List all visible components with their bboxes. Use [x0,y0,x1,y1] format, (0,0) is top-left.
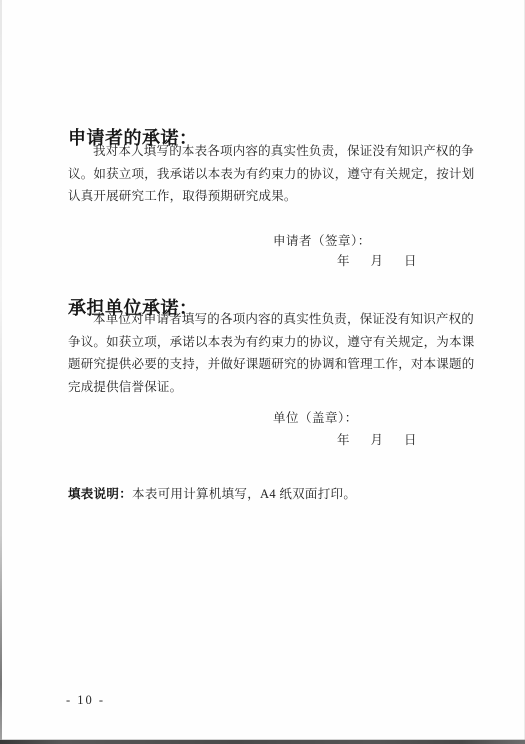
paragraph-line: 我对本人填写的本表各项内容的真实性负责，保证没有知识产权的争 [68,140,474,163]
unit-seal-label: 单位（盖章）： [273,408,358,426]
paragraph-line: 完成提供信誉保证。 [68,376,474,399]
day-label: 日 [404,430,417,448]
month-label: 月 [371,251,384,269]
paragraph-line: 议。如获立项，我承诺以本表为有约束力的协议，遵守有关规定，按计划 [68,163,474,186]
applicant-commitment-paragraph: 我对本人填写的本表各项内容的真实性负责，保证没有知识产权的争 议。如获立项，我承… [68,140,474,208]
applicant-date-line: 年 月 日 [337,251,417,269]
paragraph-line: 本单位对申请者填写的各项内容的真实性负责，保证没有知识产权的 [68,308,474,331]
unit-date-line: 年 月 日 [337,430,417,448]
paragraph-line: 争议。如获立项，承诺以本表为有约束力的协议，遵守有关规定，为本课 [68,331,474,354]
unit-commitment-paragraph: 本单位对申请者填写的各项内容的真实性负责，保证没有知识产权的 争议。如获立项，承… [68,308,474,398]
paragraph-line: 题研究提供必要的支持，并做好课题研究的协调和管理工作，对本课题的 [68,353,474,376]
year-label: 年 [337,430,350,448]
note-text: 本表可用计算机填写，A4 纸双面打印。 [132,487,356,501]
note-label: 填表说明： [68,487,132,501]
paragraph-line: 认真开展研究工作，取得预期研究成果。 [68,185,474,208]
scan-edge-left [0,0,2,744]
scan-edge-bottom [0,740,525,744]
year-label: 年 [337,251,350,269]
month-label: 月 [371,430,384,448]
day-label: 日 [404,251,417,269]
page-number: - 10 - [66,693,105,708]
scanned-form-page: 申请者的承诺： 我对本人填写的本表各项内容的真实性负责，保证没有知识产权的争 议… [0,0,525,744]
form-filling-note: 填表说明：本表可用计算机填写，A4 纸双面打印。 [68,484,356,502]
applicant-signature-label: 申请者（签章）： [273,231,371,249]
